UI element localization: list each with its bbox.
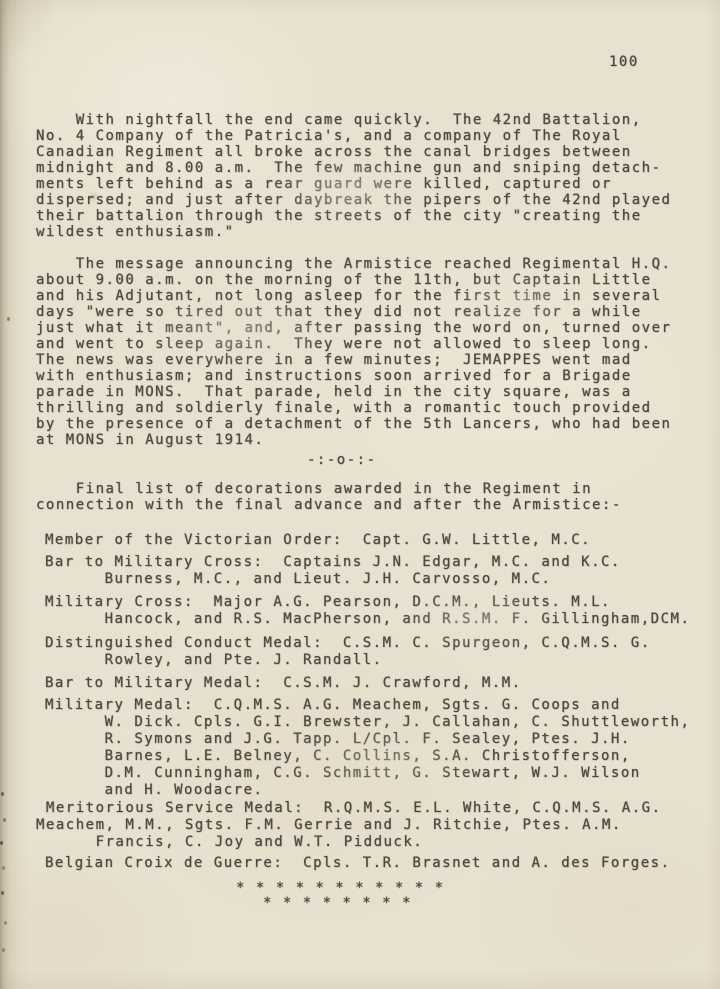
paragraph-nightfall: With nightfall the end came quickly. The… xyxy=(36,112,671,240)
section-separator: -:-o-:- xyxy=(307,452,377,468)
text-line: connection with the final advance and af… xyxy=(36,497,622,513)
text-line: dispersed; and just after daybreak the p… xyxy=(36,192,671,208)
text-line: Member of the Victorian Order: Capt. G.W… xyxy=(45,532,591,549)
asterisk-row-1: * * * * * * * * * * * xyxy=(236,880,445,896)
text-line: at MONS in August 1914. xyxy=(36,432,671,448)
text-line: and his Adjutant, not long asleep for th… xyxy=(36,288,671,304)
text-line: The message announcing the Armistice rea… xyxy=(36,256,671,272)
decoration-entry-military-cross: Military Cross: Major A.G. Pearson, D.C.… xyxy=(45,594,690,628)
text-line: Military Cross: Major A.G. Pearson, D.C.… xyxy=(45,594,690,611)
text-line: Barnes, L.E. Belney, C. Collins, S.A. Ch… xyxy=(45,748,690,765)
text-line: parade in MONS. That parade, held in the… xyxy=(36,384,671,400)
decoration-entry-military-medal: Military Medal: C.Q.M.S. A.G. Meachem, S… xyxy=(45,697,690,799)
text-line: Belgian Croix de Guerre: Cpls. T.R. Bras… xyxy=(45,855,671,872)
text-line: just what it meant", and, after passing … xyxy=(36,320,671,336)
text-line: ments left behind as a rear guard were k… xyxy=(36,176,671,192)
text-line: R. Symons and J.G. Tapp. L/Cpl. F. Seale… xyxy=(45,731,690,748)
decoration-entry-distinguished-conduct-medal: Distinguished Conduct Medal: C.S.M. C. S… xyxy=(45,635,651,669)
text-line: thrilling and soldierly finale, with a r… xyxy=(36,400,671,416)
page-number: 100 xyxy=(609,54,639,70)
edge-speck-marks xyxy=(0,0,3,4)
paragraph-armistice: The message announcing the Armistice rea… xyxy=(36,256,671,448)
asterisk-row-2: * * * * * * * * xyxy=(263,895,412,911)
text-line: midnight and 8.00 a.m. The few machine g… xyxy=(36,160,671,176)
text-line: D.M. Cunningham, C.G. Schmitt, G. Stewar… xyxy=(45,765,690,782)
text-line: The news was everywhere in a few minutes… xyxy=(36,352,671,368)
text-line: Final list of decorations awarded in the… xyxy=(36,481,622,497)
text-line: W. Dick. Cpls. G.I. Brewster, J. Callaha… xyxy=(45,714,690,731)
text-line: Meachem, M.M., Sgts. F.M. Gerrie and J. … xyxy=(36,817,662,834)
text-line: Hancock, and R.S. MacPherson, and R.S.M.… xyxy=(45,611,690,628)
decoration-entry-meritorious-service-medal: Meritorious Service Medal: R.Q.M.S. E.L.… xyxy=(36,800,662,851)
decoration-entry-victorian-order: Member of the Victorian Order: Capt. G.W… xyxy=(45,532,591,549)
text-line: about 9.00 a.m. on the morning of the 11… xyxy=(36,272,671,288)
text-line: and went to sleep again. They were not a… xyxy=(36,336,671,352)
text-line: by the presence of a detachment of the 5… xyxy=(36,416,671,432)
text-line: Military Medal: C.Q.M.S. A.G. Meachem, S… xyxy=(45,697,690,714)
text-line: Burness, M.C., and Lieut. J.H. Carvosso,… xyxy=(45,571,621,588)
text-line: and H. Woodacre. xyxy=(45,782,690,799)
text-line: Canadian Regiment all broke across the c… xyxy=(36,144,671,160)
text-line: days "were so tired out that they did no… xyxy=(36,304,671,320)
text-line: with enthusiasm; and instructions soon a… xyxy=(36,368,671,384)
decorations-intro: Final list of decorations awarded in the… xyxy=(36,481,622,513)
text-line: Bar to Military Medal: C.S.M. J. Crawfor… xyxy=(45,675,522,692)
text-line: Distinguished Conduct Medal: C.S.M. C. S… xyxy=(45,635,651,652)
decoration-entry-belgian-croix-de-guerre: Belgian Croix de Guerre: Cpls. T.R. Bras… xyxy=(45,855,671,872)
decoration-entry-bar-to-military-medal: Bar to Military Medal: C.S.M. J. Crawfor… xyxy=(45,675,522,692)
text-line: wildest enthusiasm." xyxy=(36,224,671,240)
scanned-page: 100 With nightfall the end came quickly.… xyxy=(0,0,720,989)
text-line: Bar to Military Cross: Captains J.N. Edg… xyxy=(45,554,621,571)
text-line: With nightfall the end came quickly. The… xyxy=(36,112,671,128)
text-line: No. 4 Company of the Patricia's, and a c… xyxy=(36,128,671,144)
text-line: their battalion through the streets of t… xyxy=(36,208,671,224)
text-line: Meritorious Service Medal: R.Q.M.S. E.L.… xyxy=(36,800,662,817)
text-line: Francis, C. Joy and W.T. Pidduck. xyxy=(36,834,662,851)
decoration-entry-bar-to-military-cross: Bar to Military Cross: Captains J.N. Edg… xyxy=(45,554,621,588)
text-line: Rowley, and Pte. J. Randall. xyxy=(45,652,651,669)
